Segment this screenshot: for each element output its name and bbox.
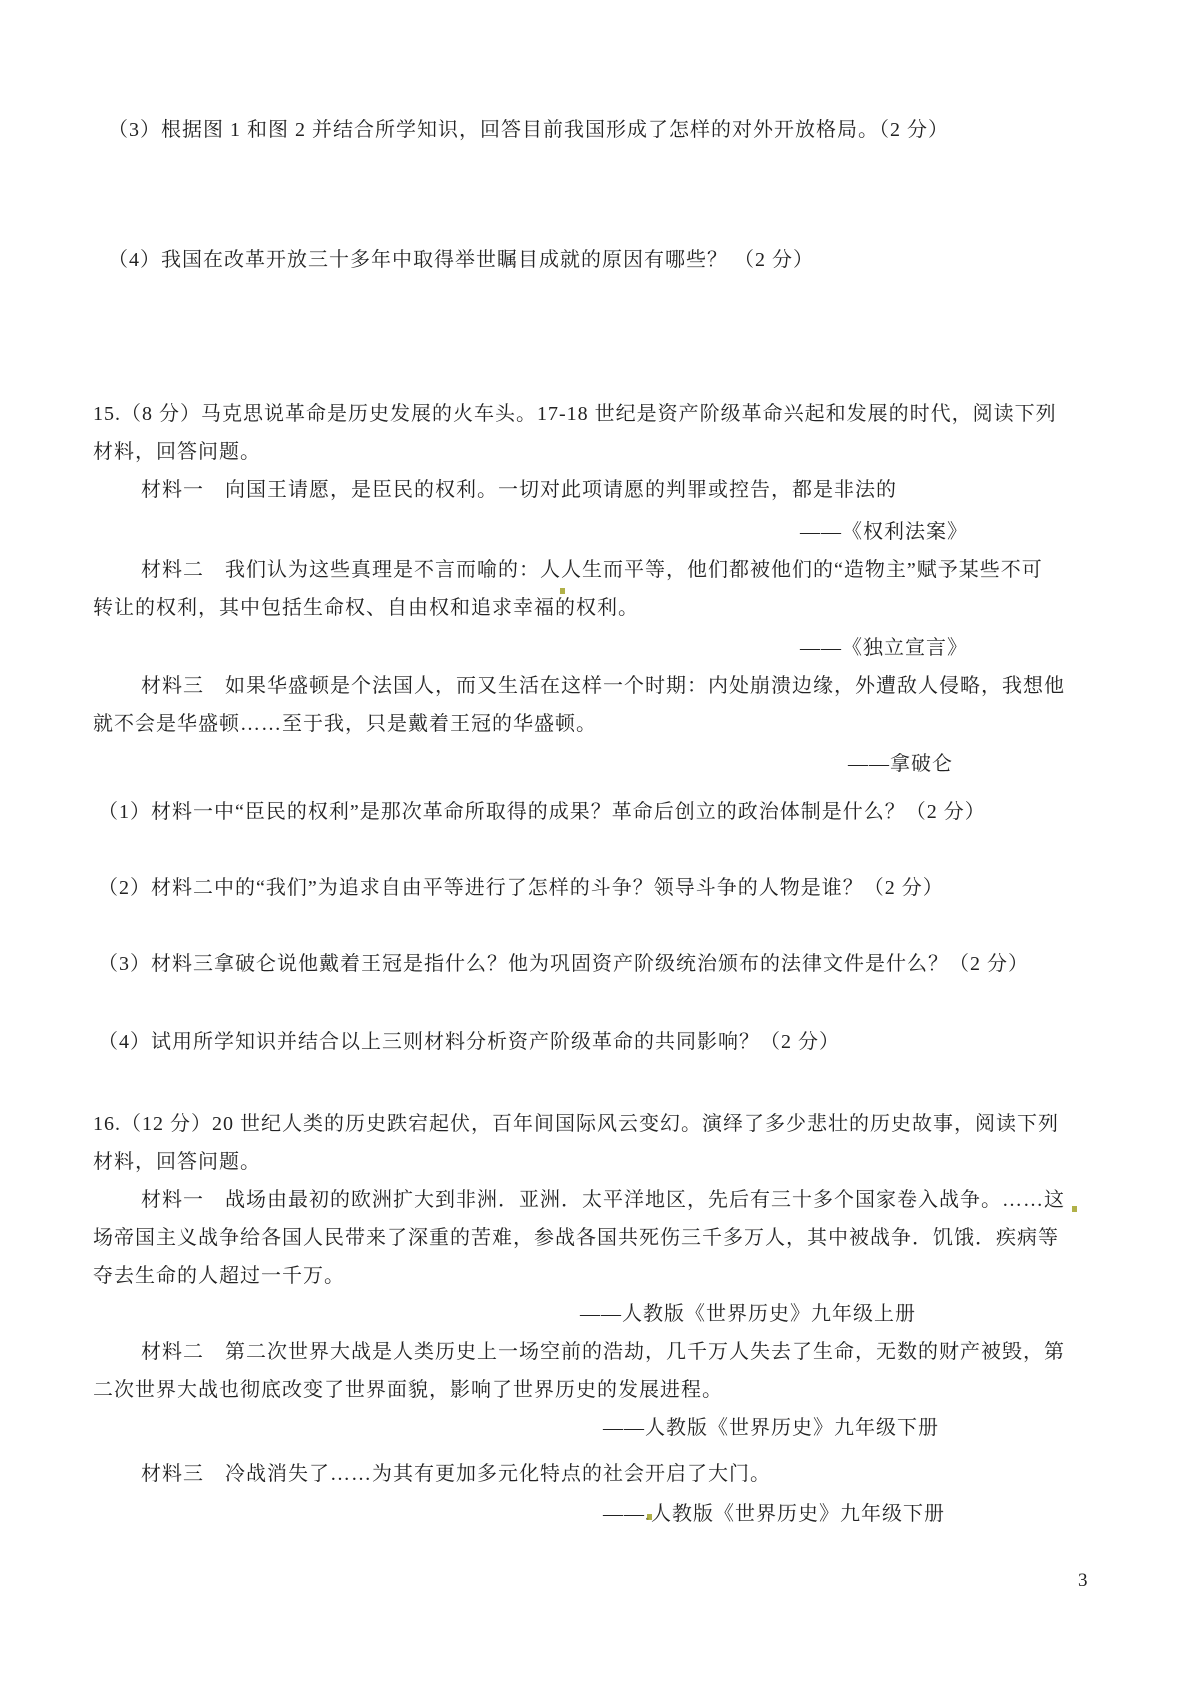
q15-material-3-line1: 材料三 如果华盛顿是个法国人，而又生活在这样一个时期：内处崩溃边缘，外遭敌人侵略… — [141, 672, 1065, 700]
q16-material-2-line1: 材料二 第二次世界大战是人类历史上一场空前的浩劫，几千万人失去了生命，无数的财产… — [141, 1338, 1065, 1366]
q16-material-1-line3: 夺去生命的人超过一千万。 — [93, 1262, 345, 1290]
question-15-intro-line2: 材料，回答问题。 — [93, 438, 261, 466]
scan-artifact-dot — [647, 1514, 652, 1520]
question-16-intro-line1: 16.（12 分）20 世纪人类的历史跌宕起伏，百年间国际风云变幻。演绎了多少悲… — [93, 1110, 1059, 1138]
q15-sub-question-3: （3）材料三拿破仑说他戴着王冠是指什么？他为巩固资产阶级统治颁布的法律文件是什么… — [98, 950, 1029, 978]
q16-material-2-line2: 二次世界大战也彻底改变了世界面貌，影响了世界历史的发展进程。 — [93, 1376, 723, 1404]
q15-material-1-text: 材料一 向国王请愿，是臣民的权利。一切对此项请愿的判罪或控告，都是非法的 — [141, 476, 897, 504]
page-number: 3 — [1078, 1570, 1088, 1592]
question-14-part4-text: （4）我国在改革开放三十多年中取得举世瞩目成就的原因有哪些？ （2 分） — [108, 246, 814, 274]
q16-material-1-source: ——人教版《世界历史》九年级上册 — [580, 1300, 916, 1328]
q15-material-2-line1: 材料二 我们认为这些真理是不言而喻的：人人生而平等，他们都被他们的“造物主”赋予… — [141, 556, 1043, 584]
q16-material-1-line1: 材料一 战场由最初的欧洲扩大到非洲．亚洲．太平洋地区，先后有三十多个国家卷入战争… — [141, 1186, 1065, 1214]
q16-material-3-text: 材料三 冷战消失了……为其有更加多元化特点的社会开启了大门。 — [141, 1460, 771, 1488]
scan-artifact-dot — [1072, 1206, 1077, 1212]
exam-page: （3）根据图 1 和图 2 并结合所学知识，回答目前我国形成了怎样的对外开放格局… — [0, 0, 1200, 1698]
q15-material-2-line2: 转让的权利，其中包括生命权、自由权和追求幸福的权利。 — [93, 594, 639, 622]
q16-material-3-source: ——.人教版《世界历史》九年级下册 — [603, 1500, 945, 1528]
question-15-intro-line1: 15.（8 分）马克思说革命是历史发展的火车头。17-18 世纪是资产阶级革命兴… — [93, 400, 1057, 428]
question-14-part3-text: （3）根据图 1 和图 2 并结合所学知识，回答目前我国形成了怎样的对外开放格局… — [108, 116, 949, 144]
q15-material-1-source: ——《权利法案》 — [800, 518, 968, 546]
q16-material-2-source: ——人教版《世界历史》九年级下册 — [603, 1414, 939, 1442]
q15-material-3-source: ——拿破仑 — [848, 750, 953, 778]
q15-sub-question-1: （1）材料一中“臣民的权利”是那次革命所取得的成果？革命后创立的政治体制是什么？… — [98, 798, 986, 826]
scan-artifact-dot — [560, 588, 565, 594]
q15-material-3-line2: 就不会是华盛顿……至于我，只是戴着王冠的华盛顿。 — [93, 710, 597, 738]
q16-material-1-line2: 场帝国主义战争给各国人民带来了深重的苦难，参战各国共死伤三千多万人，其中被战争．… — [93, 1224, 1059, 1252]
question-16-intro-line2: 材料，回答问题。 — [93, 1148, 261, 1176]
q15-sub-question-2: （2）材料二中的“我们”为追求自由平等进行了怎样的斗争？领导斗争的人物是谁？（2… — [98, 874, 944, 902]
q15-sub-question-4: （4）试用所学知识并结合以上三则材料分析资产阶级革命的共同影响？（2 分） — [98, 1028, 840, 1056]
q15-material-2-source: ——《独立宣言》 — [800, 634, 968, 662]
